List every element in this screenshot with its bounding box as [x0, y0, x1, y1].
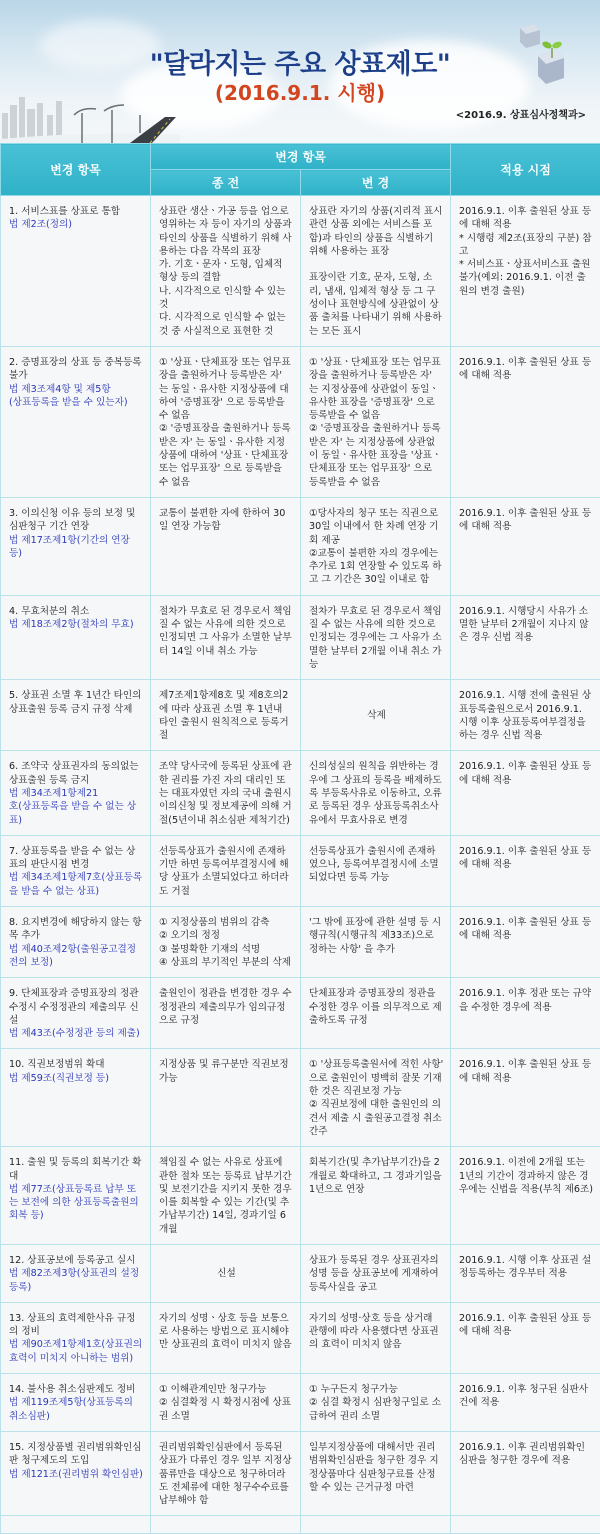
effective-cell: 2016.9.1. 이후 출원된 상표 등에 대해 적용 — [451, 1302, 600, 1373]
effective-cell: 2016.9.1. 이전에 2개월 또는 1년의 기간이 경과하지 않은 경우에… — [451, 1147, 600, 1245]
item-title: 1. 서비스표를 상표로 통합 — [9, 205, 144, 218]
changes-table: 변경 항목 변경 항목 적용 시점 종 전 변 경 1. 서비스표를 상표로 통… — [0, 143, 600, 1534]
before-cell: 지정상품 및 류구분만 직권보정 가능 — [151, 1049, 301, 1147]
before-cell: 자기의 성명ㆍ상호 등을 보통으로 사용하는 방법으로 표시해야만 상표권의 효… — [151, 1302, 301, 1373]
header-effective: 적용 시점 — [451, 144, 600, 196]
after-cell: ①당사자의 청구 또는 직권으로 30일 이내에서 한 차례 연장 기회 제공 … — [301, 497, 451, 595]
law-reference: 법 제34조제1항제21 호(상표등록을 받을 수 없는 상표) — [9, 787, 144, 827]
item-title: 11. 출원 및 등록의 회복기간 확대 — [9, 1156, 144, 1183]
table-row: 3. 이의신청 이유 등의 보정 및 심판청구 기간 연장 법 제17조제1항(… — [1, 497, 600, 595]
item-cell: 6. 조약국 상표권자의 동의없는 상표출원 등록 금지 법 제34조제1항제2… — [1, 751, 151, 835]
item-cell: 12. 상표공보에 등록공고 실시 법 제82조제3항(상표권의 설정등록) — [1, 1245, 151, 1303]
item-cell: 5. 상표권 소멸 후 1년간 타인의 상표출원 등록 금지 규정 삭제 — [1, 680, 151, 751]
item-title: 12. 상표공보에 등록공고 실시 — [9, 1254, 144, 1267]
after-cell: '그 밖에 표장에 관한 설명 등 시행규칙(시행규칙 제33조)으로 정하는 … — [301, 907, 451, 978]
table-row: 12. 상표공보에 등록공고 실시 법 제82조제3항(상표권의 설정등록)신설… — [1, 1245, 600, 1303]
before-cell: ① 이해관계인만 청구가능 ② 심결확정 시 확정시점에 상표권 소멸 — [151, 1374, 301, 1432]
before-cell: 권리범위확인심판에서 등록된 상표가 다류인 경우 일부 지정상품류만을 대상으… — [151, 1431, 301, 1515]
table-row: 1. 서비스표를 상표로 통합 법 제2조(정의)상표란 생산ㆍ가공 등을 업으… — [1, 196, 600, 347]
law-reference: 법 제18조제2항(절차의 무효) — [9, 618, 144, 631]
effective-cell: 2016.9.1. 이후 출원된 상표 등에 대해 적용 — [451, 751, 600, 835]
effective-cell: 2016.9.1. 이후 출원된 상표 등에 대해 적용 * 시행령 제2조(표… — [451, 196, 600, 347]
item-title: 13. 상표의 효력제한사유 규정의 정비 — [9, 1312, 144, 1339]
before-cell: 책임질 수 없는 사유로 상표에 관한 절차 또는 등록료 납부기간 및 보전기… — [151, 1147, 301, 1245]
after-cell: 선등록상표가 출원시에 존재하였으나, 등록여부결정시에 소멸되었다면 등록 가… — [301, 835, 451, 906]
law-reference: 법 제17조제1항(기간의 연장 등) — [9, 534, 144, 561]
item-cell: 1. 서비스표를 상표로 통합 법 제2조(정의) — [1, 196, 151, 347]
item-title: 7. 상표등록을 받을 수 없는 상표의 판단시점 변경 — [9, 845, 144, 872]
law-reference: 법 제82조제3항(상표권의 설정등록) — [9, 1267, 144, 1294]
item-cell: 4. 무효처분의 취소 법 제18조제2항(절차의 무효) — [1, 595, 151, 679]
after-cell: ① '상표등록출원서에 적힌 사항' 으로 출원인이 명백히 잘못 기재한 것은… — [301, 1049, 451, 1147]
law-reference: 법 제40조제2항(출원공고결정 전의 보정) — [9, 943, 144, 970]
after-cell: ① 누구든지 청구가능 ② 심결 확정시 심판청구일로 소급하여 권리 소멸 — [301, 1374, 451, 1432]
after-cell: 회복기간(및 추가납부기간)을 2개월로 확대하고, 그 경과기일을 1년으로 … — [301, 1147, 451, 1245]
effective-cell: 2016.9.1. 시행당시 사유가 소멸한 날부터 2개월이 지나지 않은 경… — [451, 595, 600, 679]
item-cell: 7. 상표등록을 받을 수 없는 상표의 판단시점 변경 법 제34조제1항제7… — [1, 835, 151, 906]
item-cell: 14. 불사용 취소심판제도 정비 법 제119조제5항(상표등록의 취소심판) — [1, 1374, 151, 1432]
effective-cell: 2016.9.1. 시행 이후 상표권 설정등록하는 경우부터 적용 — [451, 1245, 600, 1303]
after-cell: 일부지정상품에 대해서만 권리범위확인심판을 청구한 경우 지정상품마다 심판청… — [301, 1431, 451, 1515]
item-title: 5. 상표권 소멸 후 1년간 타인의 상표출원 등록 금지 규정 삭제 — [9, 689, 144, 716]
item-title: 10. 직권보정범위 확대 — [9, 1058, 144, 1071]
header-before: 종 전 — [151, 170, 301, 196]
table-row: 15. 지정상품별 권리범위확인심판 청구제도의 도입 법 제121조(권리범위… — [1, 1431, 600, 1515]
before-cell: 제7조제1항제8호 및 제8호의2에 따라 상표권 소멸 후 1년내 타인 출원… — [151, 680, 301, 751]
table-row: 7. 상표등록을 받을 수 없는 상표의 판단시점 변경 법 제34조제1항제7… — [1, 835, 600, 906]
header-banner: "달라지는 주요 상표제도" (2016.9.1. 시행) <2016.9. 상… — [0, 0, 600, 143]
header-item: 변경 항목 — [1, 144, 151, 196]
item-title: 15. 지정상품별 권리범위확인심판 청구제도의 도입 — [9, 1441, 144, 1468]
law-reference: 법 제2조(정의) — [9, 218, 144, 231]
item-cell: 2. 증명표장의 상표 등 중복등록 불가 법 제3조제4항 및 제5항 (상표… — [1, 346, 151, 497]
item-cell: 13. 상표의 효력제한사유 규정의 정비 법 제90조제1항제1호(상표권의 … — [1, 1302, 151, 1373]
header-after: 변 경 — [301, 170, 451, 196]
after-cell: ① '상표ㆍ단체표장 또는 업무표장을 출원하거나 등록받은 자' 는 지정상품… — [301, 346, 451, 497]
law-reference: 법 제34조제1항제7호(상표등록을 받을 수 없는 상표) — [9, 871, 144, 898]
effective-cell: 2016.9.1. 이후 출원된 상표 등에 대해 적용 — [451, 835, 600, 906]
before-cell: 출원인이 정관을 변경한 경우 수정정관의 제출의무가 임의규정으로 규정 — [151, 978, 301, 1049]
table-row: 10. 직권보정범위 확대 법 제59조(직권보정 등)지정상품 및 류구분만 … — [1, 1049, 600, 1147]
item-title: 2. 증명표장의 상표 등 중복등록 불가 — [9, 356, 144, 383]
law-reference: 법 제90조제1항제1호(상표권의 효력이 미치지 아니하는 범위) — [9, 1338, 144, 1365]
effective-cell: 2016.9.1. 시행 전에 출원된 상표등록출원으로서 2016.9.1. … — [451, 680, 600, 751]
table-row: 8. 요지변경에 해당하지 않는 항목 추가 법 제40조제2항(출원공고결정 … — [1, 907, 600, 978]
item-cell: 11. 출원 및 등록의 회복기간 확대 법 제77조(상표등록료 납부 또는 … — [1, 1147, 151, 1245]
before-cell: 교통이 불편한 자에 한하여 30일 연장 가능함 — [151, 497, 301, 595]
law-reference: 법 제43조(수정정관 등의 제출) — [9, 1027, 144, 1040]
table-footer-bar — [1, 1516, 600, 1534]
table-row: 2. 증명표장의 상표 등 중복등록 불가 법 제3조제4항 및 제5항 (상표… — [1, 346, 600, 497]
law-reference: 법 제77조(상표등록료 납부 또는 보전에 의한 상표등록출원의 회복 등) — [9, 1183, 144, 1223]
effective-cell: 2016.9.1. 이후 출원된 상표 등에 대해 적용 — [451, 907, 600, 978]
effective-cell: 2016.9.1. 이후 권리범위확인심판을 청구한 경우에 적용 — [451, 1431, 600, 1515]
law-reference: 법 제121조(권리범위 확인심판) — [9, 1468, 144, 1481]
item-title: 4. 무효처분의 취소 — [9, 605, 144, 618]
after-cell: 신의성실의 원칙을 위반하는 경우에 그 상표의 등록을 배제하도록 부등록사유… — [301, 751, 451, 835]
effective-date-subtitle: (2016.9.1. 시행) — [0, 77, 600, 106]
effective-cell: 2016.9.1. 이후 정관 또는 규약을 수정한 경우에 적용 — [451, 978, 600, 1049]
page-title: "달라지는 주요 상표제도" — [0, 42, 600, 81]
item-cell: 3. 이의신청 이유 등의 보정 및 심판청구 기간 연장 법 제17조제1항(… — [1, 497, 151, 595]
item-title: 8. 요지변경에 해당하지 않는 항목 추가 — [9, 916, 144, 943]
effective-cell: 2016.9.1. 이후 출원된 상표 등에 대해 적용 — [451, 1049, 600, 1147]
before-cell: 상표란 생산ㆍ가공 등을 업으로 영위하는 자 등이 자기의 상품과 타인의 상… — [151, 196, 301, 347]
header-change-group: 변경 항목 — [151, 144, 451, 170]
effective-cell: 2016.9.1. 이후 청구된 심판사건에 적용 — [451, 1374, 600, 1432]
effective-cell: 2016.9.1. 이후 출원된 상표 등에 대해 적용 — [451, 497, 600, 595]
department-label: <2016.9. 상표심사정책과> — [456, 106, 586, 121]
effective-cell: 2016.9.1. 이후 출원된 상표 등에 대해 적용 — [451, 346, 600, 497]
before-cell: 조약 당사국에 등록된 상표에 관한 권리를 가진 자의 대리인 또는 대표자였… — [151, 751, 301, 835]
after-cell: 상표란 자기의 상품(지리적 표시 관련 상품 외에는 서비스를 포함)과 타인… — [301, 196, 451, 347]
table-body: 1. 서비스표를 상표로 통합 법 제2조(정의)상표란 생산ㆍ가공 등을 업으… — [1, 196, 600, 1516]
table-row: 4. 무효처분의 취소 법 제18조제2항(절차의 무효)절차가 무효로 된 경… — [1, 595, 600, 679]
before-cell: ① 지정상품의 범위의 감축 ② 오기의 정정 ③ 불명확한 기재의 석명 ④ … — [151, 907, 301, 978]
table-row: 13. 상표의 효력제한사유 규정의 정비 법 제90조제1항제1호(상표권의 … — [1, 1302, 600, 1373]
table-row: 6. 조약국 상표권자의 동의없는 상표출원 등록 금지 법 제34조제1항제2… — [1, 751, 600, 835]
item-cell: 10. 직권보정범위 확대 법 제59조(직권보정 등) — [1, 1049, 151, 1147]
table-row: 9. 단체표장과 증명표장의 정관 수정시 수정정관의 제출의무 신설 법 제4… — [1, 978, 600, 1049]
table-row: 11. 출원 및 등록의 회복기간 확대 법 제77조(상표등록료 납부 또는 … — [1, 1147, 600, 1245]
after-cell: 상표가 등록된 경우 상표권자의 성명 등을 상표공보에 게재하여 등록사실을 … — [301, 1245, 451, 1303]
after-cell: 단체표장과 증명표장의 정관을 수정한 경우 이를 의무적으로 제출하도록 규정 — [301, 978, 451, 1049]
before-cell: 선등록상표가 출원시에 존재하기만 하면 등록여부결정시에 해당 상표가 소멸되… — [151, 835, 301, 906]
item-title: 9. 단체표장과 증명표장의 정관 수정시 수정정관의 제출의무 신설 — [9, 987, 144, 1027]
law-reference: 법 제3조제4항 및 제5항 (상표등록을 받을 수 있는자) — [9, 383, 144, 410]
table-row: 5. 상표권 소멸 후 1년간 타인의 상표출원 등록 금지 규정 삭제제7조제… — [1, 680, 600, 751]
law-reference: 법 제59조(직권보정 등) — [9, 1072, 144, 1085]
before-cell: 신설 — [151, 1245, 301, 1303]
item-cell: 15. 지정상품별 권리범위확인심판 청구제도의 도입 법 제121조(권리범위… — [1, 1431, 151, 1515]
item-cell: 9. 단체표장과 증명표장의 정관 수정시 수정정관의 제출의무 신설 법 제4… — [1, 978, 151, 1049]
item-title: 3. 이의신청 이유 등의 보정 및 심판청구 기간 연장 — [9, 507, 144, 534]
item-title: 14. 불사용 취소심판제도 정비 — [9, 1383, 144, 1396]
item-cell: 8. 요지변경에 해당하지 않는 항목 추가 법 제40조제2항(출원공고결정 … — [1, 907, 151, 978]
law-reference: 법 제119조제5항(상표등록의 취소심판) — [9, 1396, 144, 1423]
before-cell: ① '상표ㆍ단체표장 또는 업무표장을 출원하거나 등록받은 자' 는 동일ㆍ유… — [151, 346, 301, 497]
after-cell: 삭제 — [301, 680, 451, 751]
before-cell: 절차가 무효로 된 경우로서 책임질 수 없는 사유에 의한 것으로 인정되면 … — [151, 595, 301, 679]
item-title: 6. 조약국 상표권자의 동의없는 상표출원 등록 금지 — [9, 760, 144, 787]
after-cell: 절차가 무효로 된 경우로서 책임질 수 없는 사유에 의한 것으로 인정되는 … — [301, 595, 451, 679]
table-row: 14. 불사용 취소심판제도 정비 법 제119조제5항(상표등록의 취소심판)… — [1, 1374, 600, 1432]
after-cell: 자기의 성명·상호 등을 상거래 관행에 따라 사용했다면 상표권의 효력이 미… — [301, 1302, 451, 1373]
